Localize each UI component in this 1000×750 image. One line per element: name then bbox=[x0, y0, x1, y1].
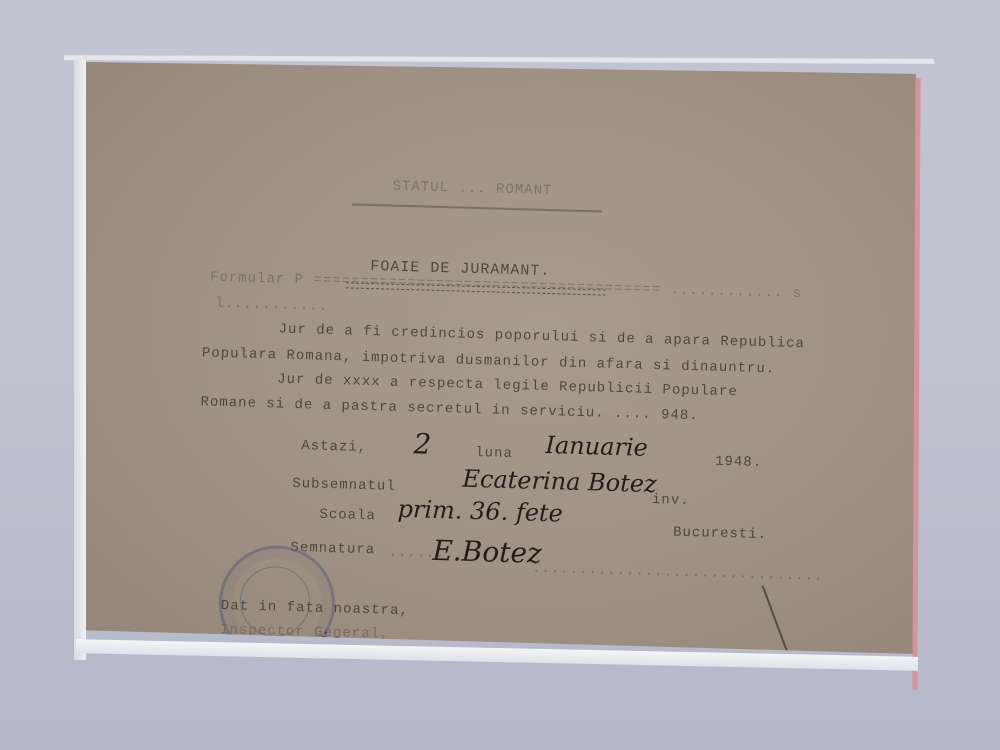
undersigned-suffix: inv. bbox=[652, 492, 690, 509]
official-stamp bbox=[217, 544, 336, 654]
date-year: 1948. bbox=[715, 454, 762, 471]
school-city: Bucuresti. bbox=[673, 525, 767, 544]
header-title: STATUL ... ROMANT bbox=[392, 179, 552, 199]
date-month: Ianuarie bbox=[545, 431, 648, 462]
undersigned-name: Ecaterina Botez bbox=[462, 465, 657, 498]
oath-paragraph-1-line-1: Jur de a fi credincios poporului si de a… bbox=[278, 321, 805, 352]
mat-bevel-left bbox=[74, 60, 86, 660]
signature-dotted-line: ............................... bbox=[532, 561, 824, 585]
date-label: Astazi, bbox=[301, 438, 367, 456]
signature-value: E.Botez bbox=[432, 534, 542, 570]
date-day: 2 bbox=[413, 427, 432, 460]
date-month-label: luna bbox=[475, 445, 513, 462]
oath-paragraph-2-line-2: Romane si de a pastra secretul in servic… bbox=[200, 394, 699, 424]
document-content: STATUL ... ROMANT FOAIE DE JURAMANT. For… bbox=[86, 62, 916, 654]
stamp-inner-ring bbox=[239, 566, 311, 638]
header-rule bbox=[352, 203, 602, 212]
oath-paragraph-2-line-1: Jur de xxxx a respecta legile Republicii… bbox=[277, 371, 738, 400]
undersigned-label: Subsemnatul bbox=[292, 476, 396, 495]
school-value: prim. 36. fete bbox=[397, 495, 563, 528]
mat-bevel-top bbox=[64, 55, 934, 64]
school-label: Scoala bbox=[319, 507, 376, 525]
ink-stroke bbox=[762, 585, 788, 651]
document-paper: STATUL ... ROMANT FOAIE DE JURAMANT. For… bbox=[86, 62, 916, 654]
intro-line-2: l........... bbox=[215, 296, 328, 315]
